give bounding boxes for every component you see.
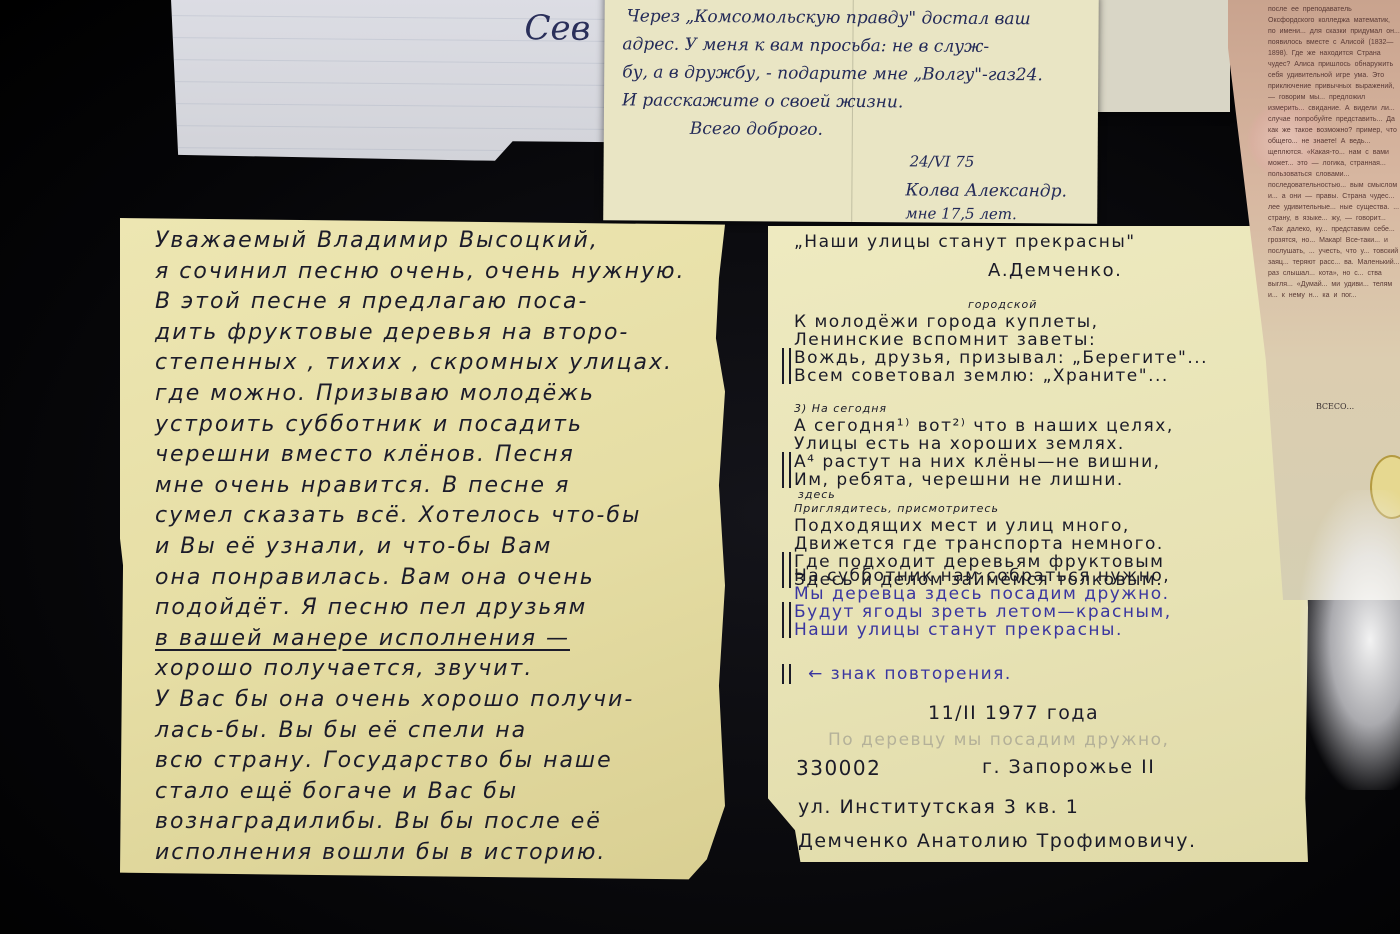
light-glare <box>1300 490 1400 790</box>
letter-line: где можно. Призываю молодёжь <box>155 381 595 406</box>
magazine-text: после ее преподаватель Оксфордского колл… <box>1268 4 1400 301</box>
recipient: Демченко Анатолию Трофимовичу. <box>798 830 1197 852</box>
letter-line: Уважаемый Владимир Высоцкий, <box>155 228 599 253</box>
letter-line: адрес. У меня к вам просьба: не в служ- <box>622 34 989 57</box>
letter-line: в вашей манере исполнения — <box>155 626 570 651</box>
letter-line: подойдёт. Я песню пел друзьям <box>155 595 587 620</box>
verse-line: Подходящих мест и улиц много, <box>794 516 1130 536</box>
verse-line: Вождь, друзья, призывал: „Берегите"... <box>794 348 1208 368</box>
letter-line: я сочинил песню очень, очень нужную. <box>155 259 686 284</box>
closing: Всего доброго. <box>690 119 823 140</box>
letter-line: Через „Комсомольскую правду" достал ваш <box>627 6 1031 29</box>
postcode: 330002 <box>796 756 881 780</box>
repeat-sign <box>782 664 791 684</box>
song-date: 11/II 1977 года <box>928 702 1099 724</box>
repeat-sign <box>782 452 791 488</box>
letter-line: У Вас бы она очень хорошо получи- <box>155 687 634 712</box>
letter-line: и Вы её узнали, и что-бы Вам <box>155 534 552 559</box>
verse-line: А сегодня¹⁾ вот²⁾ что в наших целях, <box>794 416 1174 436</box>
verse-line: Ленинские вспомнит заветы: <box>794 330 1096 350</box>
verse-line: На субботник нам собраться нужно, <box>794 566 1170 586</box>
verse-line: Наши улицы станут прекрасны. <box>794 620 1123 640</box>
faded-line: По деревцу мы посадим дружно, <box>828 730 1169 750</box>
age-note: мне 17,5 лет. <box>905 204 1017 223</box>
letter-line: вознаградилибы. Вы бы после её <box>155 809 602 834</box>
magazine-footer: ВСЕСО... <box>1316 402 1354 411</box>
margin-note: Приглядитесь, присмотритесь <box>794 502 999 515</box>
verse-line: А⁴ растут на них клёны—не вишни, <box>794 452 1161 472</box>
letter-to-vysotsky: Уважаемый Владимир Высоцкий,я сочинил пе… <box>120 218 725 886</box>
letter-line: степенных , тихих , скромных улицах. <box>155 350 673 375</box>
song-lyrics-card: „Наши улицы станут прекрасны" А.Демченко… <box>768 226 1308 862</box>
repeat-sign <box>782 552 791 588</box>
letter-line: И расскажите о своей жизни. <box>622 90 903 112</box>
letter-line: сумел сказать всё. Хотелось что-бы <box>155 503 641 528</box>
letter-line: В этой песне я предлагаю поса- <box>155 289 588 314</box>
city: г. Запорожье II <box>982 756 1155 778</box>
letter-line: она понравилась. Вам она очень <box>155 565 595 590</box>
letter-line: хорошо получается, звучит. <box>155 656 533 681</box>
insert-note: городской <box>968 298 1037 311</box>
repeat-legend: ← знак повторения. <box>808 664 1012 684</box>
repeat-sign <box>782 602 791 638</box>
letter-kolva-aleksandr: Через „Комсомольскую правду" достал ваш … <box>603 0 1099 224</box>
verse-line: Движется где транспорта немного. <box>794 534 1164 554</box>
letter-line: бу, а в дружбу, - подарите мне „Волгу"-г… <box>622 62 1043 85</box>
letter-line: мне очень нравится. В песне я <box>155 473 570 498</box>
song-title: „Наши улицы станут прекрасны" <box>794 232 1136 252</box>
signature: Сев <box>524 8 590 49</box>
letter-line: исполнения вошли бы в историю. <box>155 840 606 865</box>
margin-note: 3) На сегодня <box>794 402 887 415</box>
margin-note: здесь <box>798 488 836 501</box>
letter-line: устроить субботник и посадить <box>155 412 583 437</box>
letter-line: черешни вместо клёнов. Песня <box>155 442 575 467</box>
letter-line: всю страну. Государство бы наше <box>155 748 613 773</box>
date: 24/VI 75 <box>910 152 975 170</box>
verse-line: К молодёжи города куплеты, <box>794 312 1099 332</box>
verse-line: Мы деревца здесь посадим дружно. <box>794 584 1170 604</box>
letter-line: лась-бы. Вы бы её спели на <box>155 718 527 743</box>
street: ул. Институтская 3 кв. 1 <box>798 796 1079 818</box>
letter-line: дить фруктовые деревья на второ- <box>155 320 629 345</box>
letter-line: стало ещё богаче и Вас бы <box>155 779 518 804</box>
verse-line: Им, ребята, черешни не лишни. <box>794 470 1124 490</box>
verse-line: Всем советовал землю: „Храните"... <box>794 366 1169 386</box>
song-author: А.Демченко. <box>988 260 1122 281</box>
note-fragment-top-left: Сев <box>169 0 610 162</box>
verse-line: Улицы есть на хороших землях. <box>794 434 1125 454</box>
verse-line: Будут ягоды зреть летом—красным, <box>794 602 1172 622</box>
author: Колва Александр. <box>905 180 1067 201</box>
repeat-sign <box>782 348 791 384</box>
